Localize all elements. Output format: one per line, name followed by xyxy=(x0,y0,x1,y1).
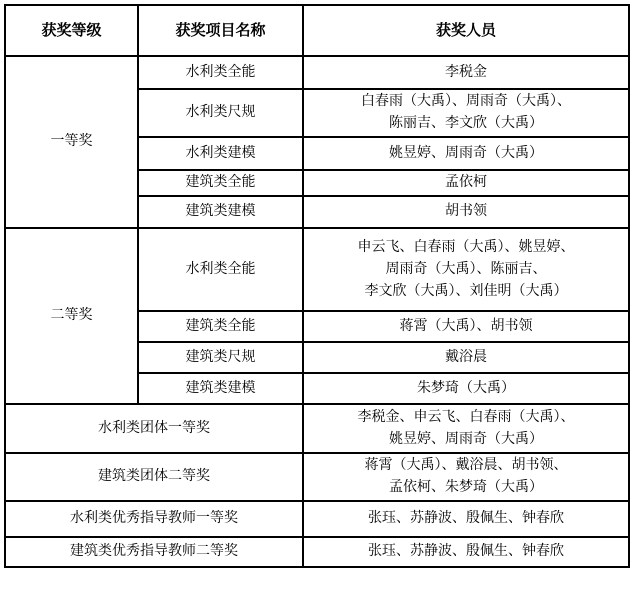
people-cell: 蒋霄（大禹）、戴浴晨、胡书领、 孟依柯、朱梦琦（大禹） xyxy=(303,453,629,501)
project-cell: 建筑类全能 xyxy=(138,170,303,196)
table-row: 一等奖 水利类全能 李税金 xyxy=(5,56,629,89)
header-award-level: 获奖等级 xyxy=(5,5,138,56)
people-cell: 李税金 xyxy=(303,56,629,89)
award-level-cell-first-prize: 一等奖 xyxy=(5,56,138,228)
people-cell: 李税金、申云飞、白春雨（大禹）、 姚昱婷、周雨奇（大禹） xyxy=(303,404,629,453)
people-cell: 张珏、苏静波、殷佩生、钟春欣 xyxy=(303,537,629,567)
project-cell: 水利类全能 xyxy=(138,56,303,89)
project-cell: 水利类尺规 xyxy=(138,89,303,137)
merged-title-cell: 水利类优秀指导教师一等奖 xyxy=(5,501,303,537)
project-cell: 建筑类尺规 xyxy=(138,342,303,373)
table-row: 二等奖 水利类全能 申云飞、白春雨（大禹）、姚昱婷、 周雨奇（大禹）、陈丽吉、 … xyxy=(5,228,629,311)
people-cell: 白春雨（大禹）、周雨奇（大禹）、 陈丽吉、李文欣（大禹） xyxy=(303,89,629,137)
project-cell: 建筑类建模 xyxy=(138,373,303,404)
table-row: 建筑类团体二等奖 蒋霄（大禹）、戴浴晨、胡书领、 孟依柯、朱梦琦（大禹） xyxy=(5,453,629,501)
table-row: 水利类优秀指导教师一等奖 张珏、苏静波、殷佩生、钟春欣 xyxy=(5,501,629,537)
people-cell: 朱梦琦（大禹） xyxy=(303,373,629,404)
people-cell: 戴浴晨 xyxy=(303,342,629,373)
header-project-name: 获奖项目名称 xyxy=(138,5,303,56)
project-cell: 建筑类全能 xyxy=(138,311,303,342)
people-cell: 胡书领 xyxy=(303,196,629,228)
header-row: 获奖等级 获奖项目名称 获奖人员 xyxy=(5,5,629,56)
table-row: 建筑类优秀指导教师二等奖 张珏、苏静波、殷佩生、钟春欣 xyxy=(5,537,629,567)
merged-title-cell: 建筑类优秀指导教师二等奖 xyxy=(5,537,303,567)
people-cell: 张珏、苏静波、殷佩生、钟春欣 xyxy=(303,501,629,537)
award-level-cell-second-prize: 二等奖 xyxy=(5,228,138,404)
people-cell: 蒋霄（大禹）、胡书领 xyxy=(303,311,629,342)
people-cell: 姚昱婷、周雨奇（大禹） xyxy=(303,137,629,170)
project-cell: 水利类全能 xyxy=(138,228,303,311)
project-cell: 水利类建模 xyxy=(138,137,303,170)
project-cell: 建筑类建模 xyxy=(138,196,303,228)
award-results-table: 获奖等级 获奖项目名称 获奖人员 一等奖 水利类全能 李税金 水利类尺规 白春雨… xyxy=(4,4,630,568)
header-awardees: 获奖人员 xyxy=(303,5,629,56)
people-cell: 孟依柯 xyxy=(303,170,629,196)
merged-title-cell: 水利类团体一等奖 xyxy=(5,404,303,453)
people-cell: 申云飞、白春雨（大禹）、姚昱婷、 周雨奇（大禹）、陈丽吉、 李文欣（大禹）、刘佳… xyxy=(303,228,629,311)
table-row: 水利类团体一等奖 李税金、申云飞、白春雨（大禹）、 姚昱婷、周雨奇（大禹） xyxy=(5,404,629,453)
merged-title-cell: 建筑类团体二等奖 xyxy=(5,453,303,501)
